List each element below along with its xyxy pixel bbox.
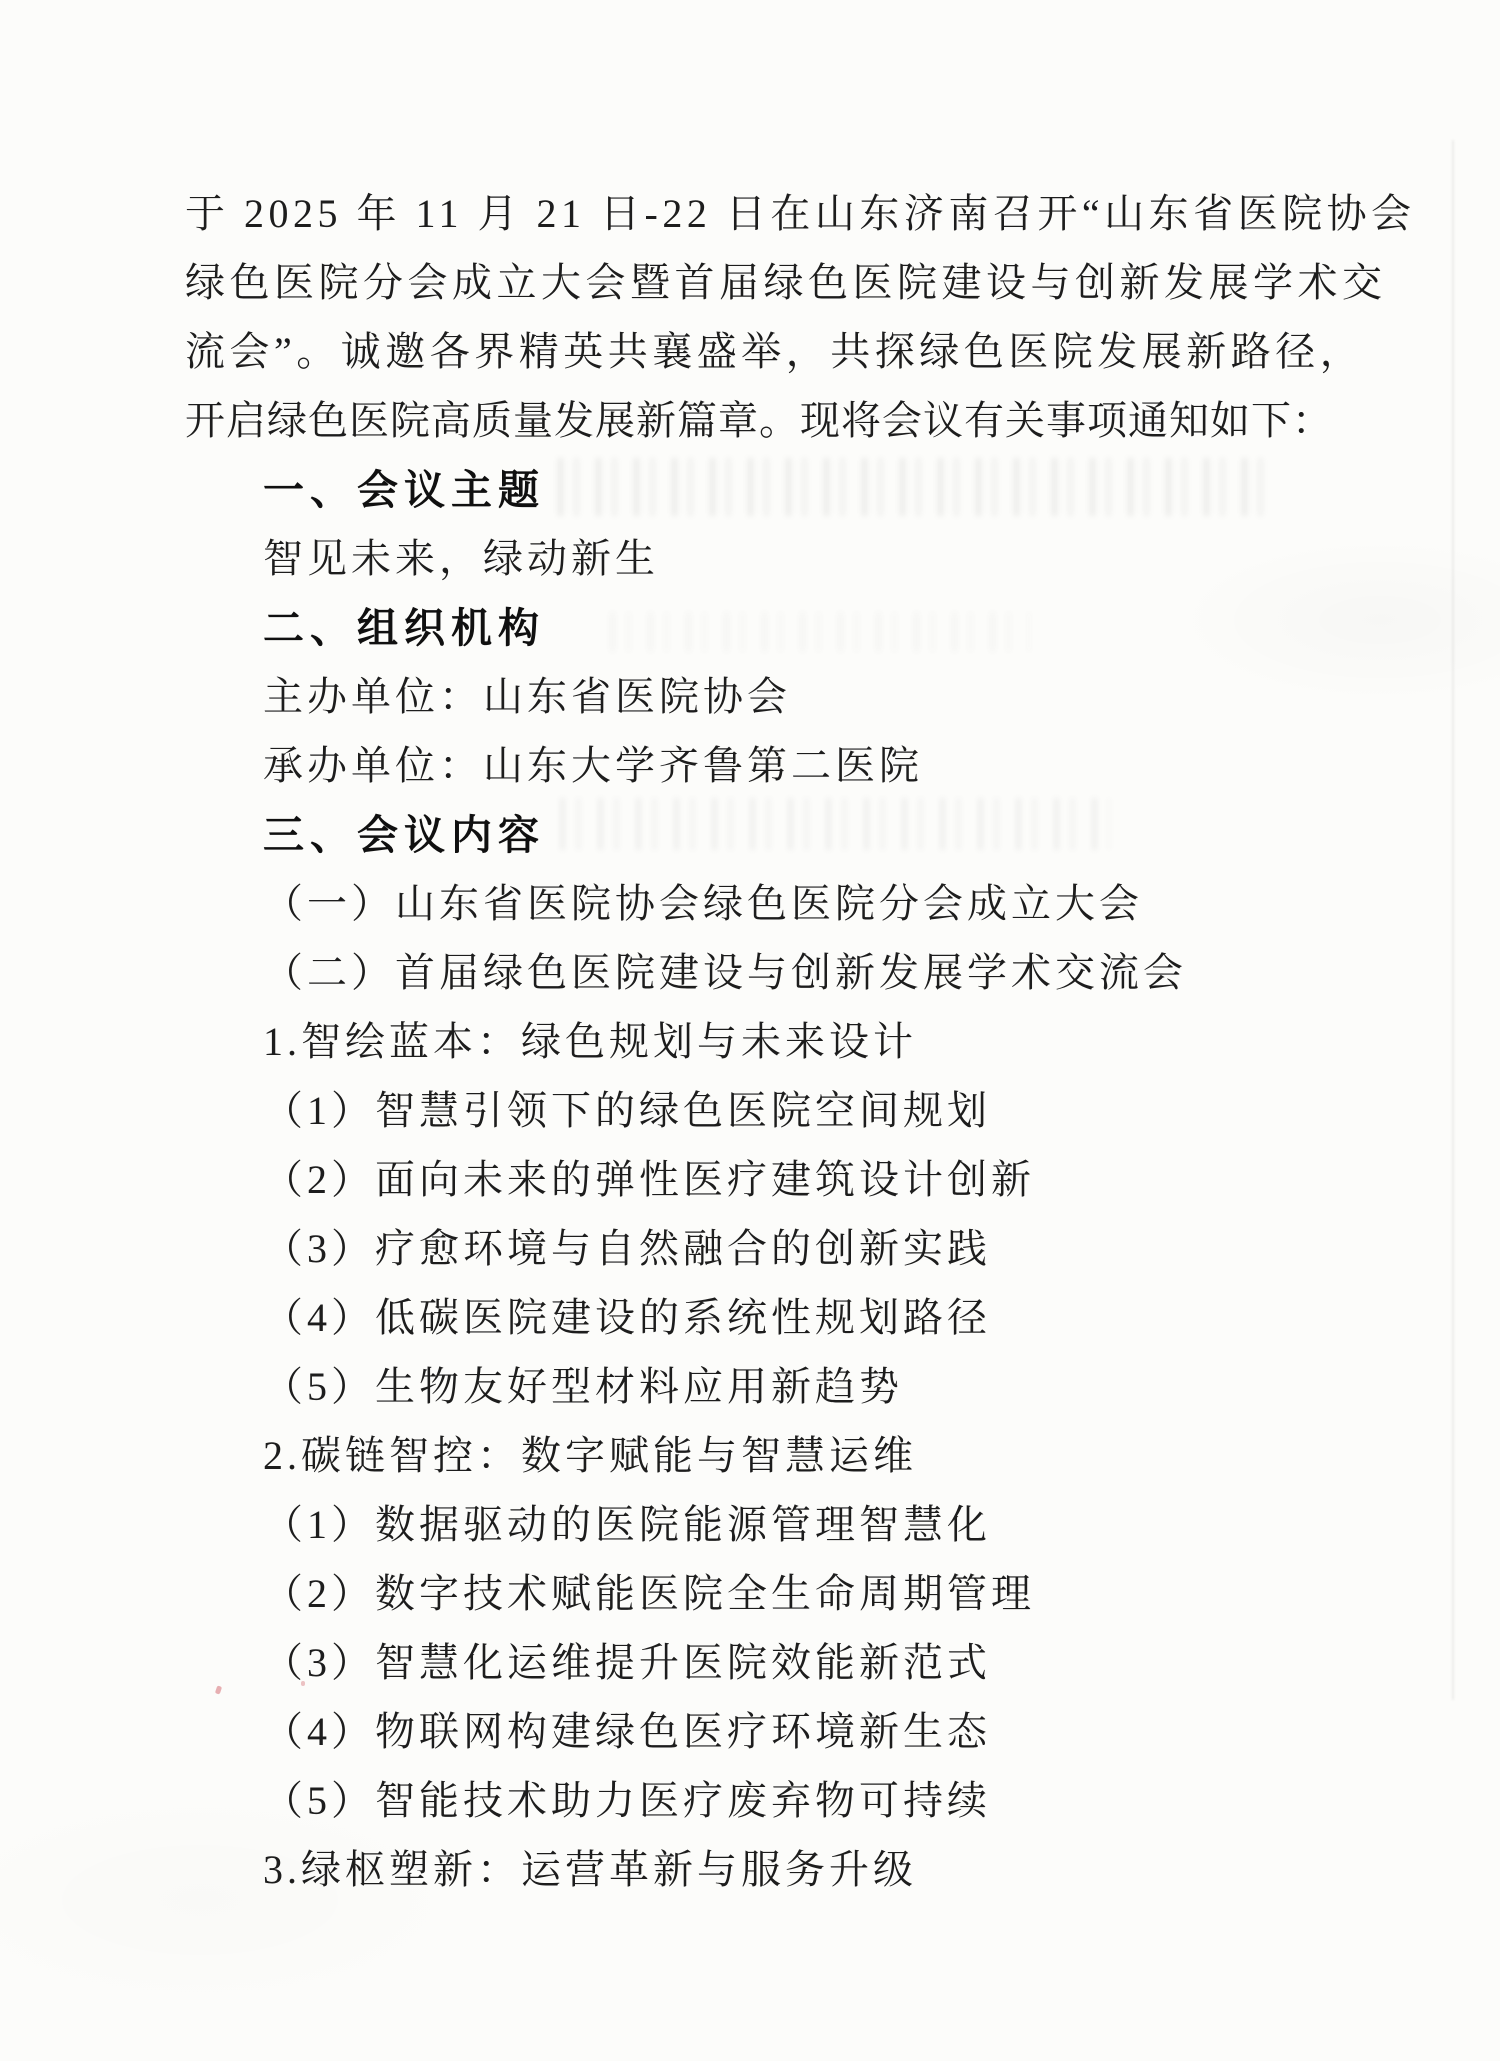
topic-1-item-3: （3）疗愈环境与自然融合的创新实践	[185, 1211, 1375, 1280]
topic-1-title: 1.智绘蓝本：绿色规划与未来设计	[185, 1004, 1375, 1073]
section-1-heading: 一、会议主题	[185, 452, 1375, 521]
topic-1-item-5: （5）生物友好型材料应用新趋势	[185, 1349, 1375, 1418]
topic-3-title: 3.绿枢塑新：运营革新与服务升级	[185, 1832, 1375, 1901]
agenda-part-2: （二）首届绿色医院建设与创新发展学术交流会	[185, 935, 1375, 1004]
agenda-part-1: （一）山东省医院协会绿色医院分会成立大会	[185, 866, 1375, 935]
intro-line-3: 流会”。诚邀各界精英共襄盛举，共探绿色医院发展新路径，	[185, 314, 1375, 383]
topic-2-item-3: （3）智慧化运维提升医院效能新范式	[185, 1625, 1375, 1694]
section-3-heading: 三、会议内容	[185, 797, 1375, 866]
conference-theme: 智见未来，绿动新生	[185, 521, 1375, 590]
scan-fold-line	[1452, 140, 1454, 1700]
intro-line-1: 于 2025 年 11 月 21 日-22 日在山东济南召开“山东省医院协会	[185, 176, 1375, 245]
topic-2-item-2: （2）数字技术赋能医院全生命周期管理	[185, 1556, 1375, 1625]
topic-2-title: 2.碳链智控：数字赋能与智慧运维	[185, 1418, 1375, 1487]
scanned-notice-page: 于 2025 年 11 月 21 日-22 日在山东济南召开“山东省医院协会 绿…	[0, 0, 1500, 2061]
host-unit: 主办单位：山东省医院协会	[185, 659, 1375, 728]
topic-2-item-1: （1）数据驱动的医院能源管理智慧化	[185, 1487, 1375, 1556]
topic-2-item-4: （4）物联网构建绿色医疗环境新生态	[185, 1694, 1375, 1763]
topic-1-item-1: （1）智慧引领下的绿色医院空间规划	[185, 1073, 1375, 1142]
intro-line-4: 开启绿色医院高质量发展新篇章。现将会议有关事项通知如下：	[185, 383, 1375, 452]
intro-line-2: 绿色医院分会成立大会暨首届绿色医院建设与创新发展学术交	[185, 245, 1375, 314]
topic-1-item-4: （4）低碳医院建设的系统性规划路径	[185, 1280, 1375, 1349]
organizer-unit: 承办单位：山东大学齐鲁第二医院	[185, 728, 1375, 797]
topic-1-item-2: （2）面向未来的弹性医疗建筑设计创新	[185, 1142, 1375, 1211]
topic-2-item-5: （5）智能技术助力医疗废弃物可持续	[185, 1763, 1375, 1832]
notice-body: 于 2025 年 11 月 21 日-22 日在山东济南召开“山东省医院协会 绿…	[185, 176, 1375, 1901]
section-2-heading: 二、组织机构	[185, 590, 1375, 659]
